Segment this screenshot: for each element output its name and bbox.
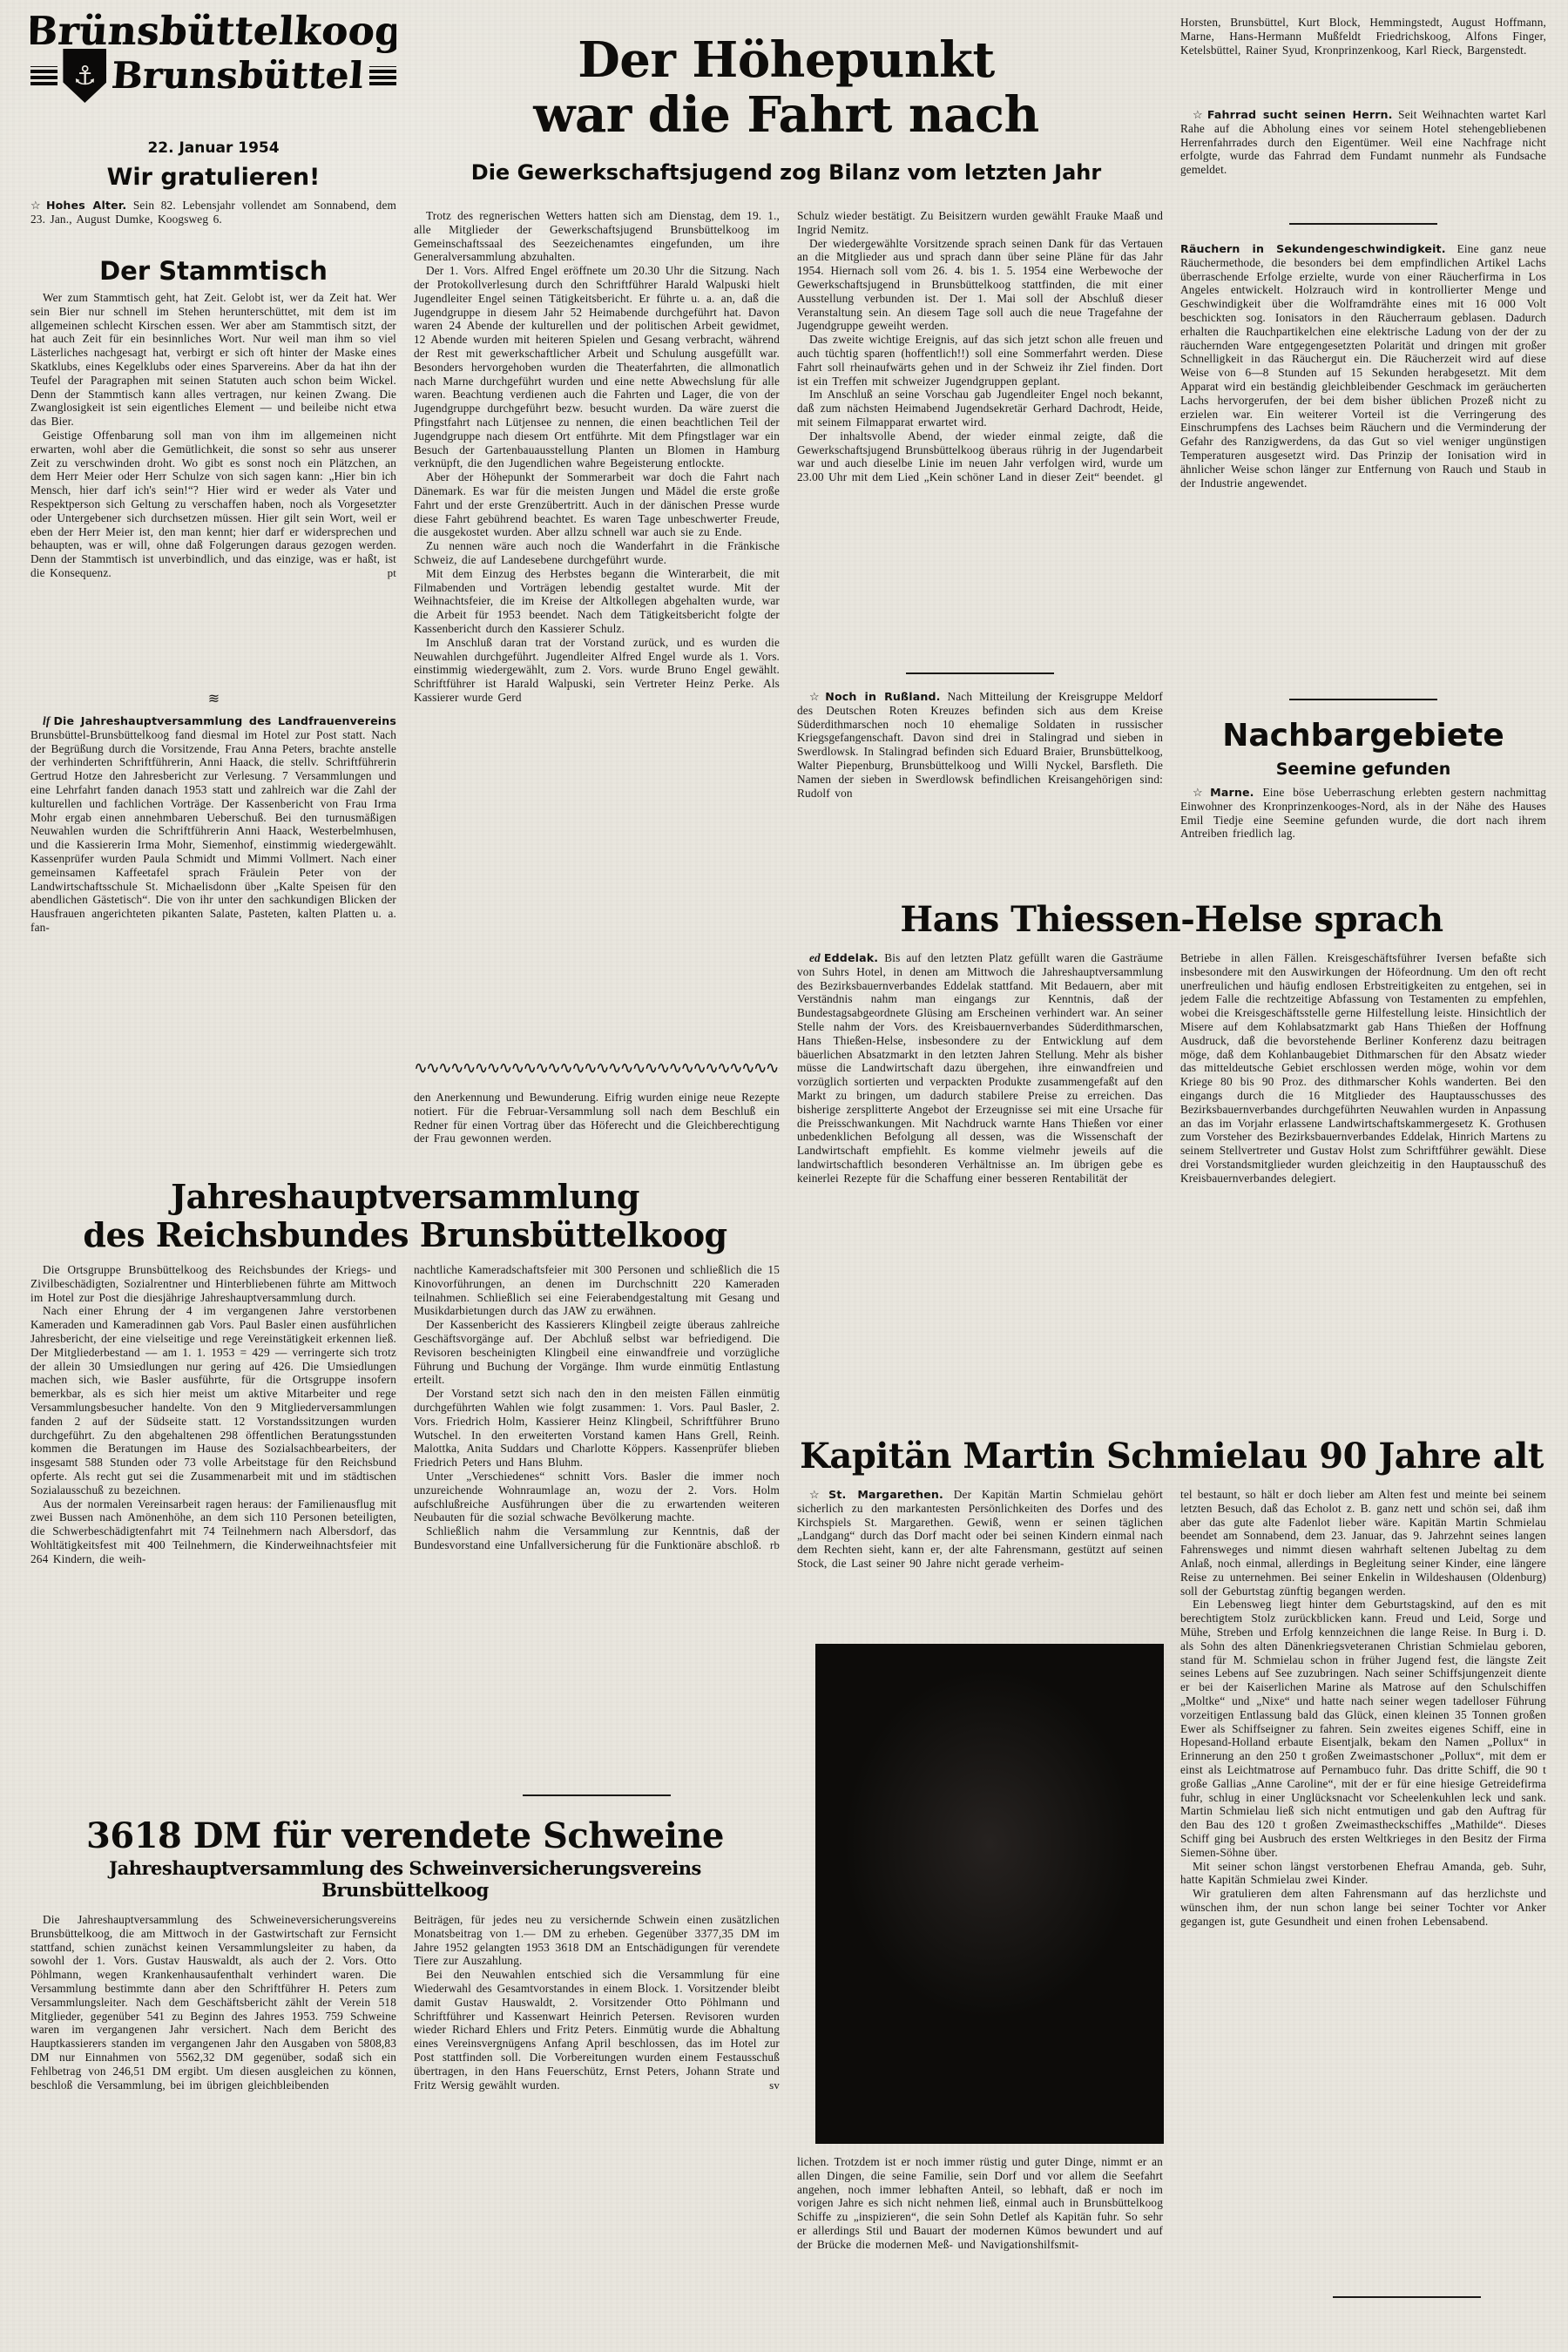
- kapitaen-column-2: tel bestaunt, so hält er doch lieber am …: [1180, 1488, 1546, 2282]
- gratulieren-item: ☆Hohes Alter. Sein 82. Lebensjahr vollen…: [30, 199, 396, 256]
- schweine-subhead-line2: Brunsbüttelkoog: [30, 1879, 780, 1901]
- issue-date: 22. Januar 1954: [30, 139, 396, 159]
- anchor-icon: ⚓: [73, 61, 97, 91]
- daenemark-paragraph: Der inhaltsvolle Abend, der wieder einma…: [797, 429, 1163, 484]
- reichsbund-paragraph: Unter „Verschiedenes“ schnitt Vors. Basl…: [414, 1470, 780, 1524]
- thiessen-text-continuation: Betriebe in allen Fällen. Kreisgeschäfts…: [1180, 951, 1546, 1186]
- thiessen-lead: Eddelak.: [824, 951, 878, 964]
- star-icon: ☆: [809, 690, 821, 703]
- fahrrad-lead: Fahrrad sucht seinen Herrn.: [1207, 108, 1393, 121]
- landfrauen-lead: Die Jahreshauptversammlung des Landfraue…: [53, 714, 396, 727]
- schweine-paragraph: Beiträgen, für jedes neu zu versichernde…: [414, 1913, 780, 1968]
- reichsbund-paragraph: Nach einer Ehrung der 4 im vergangenen J…: [30, 1304, 396, 1497]
- seemine-subhead: Seemine gefunden: [1180, 760, 1546, 781]
- divider-rule: [523, 1794, 671, 1796]
- divider-rule: [1333, 2296, 1481, 2298]
- landfrauen-continuation: den Anerkennung und Bewunderung. Eifrig …: [414, 1091, 780, 1178]
- anchor-shield-emblem-icon: ⚓: [63, 49, 106, 103]
- kapitaen-paragraph: Wir gratulieren dem alten Fahrensmann au…: [1180, 1887, 1546, 1928]
- kapitaen-column-1-below-photo: lichen. Trotzdem ist er noch immer rüsti…: [797, 2155, 1163, 2342]
- schweine-paragraph: Die Jahreshauptversammlung des Schweinev…: [30, 1913, 396, 2092]
- kapitaen-lead: St. Margarethen.: [828, 1488, 943, 1501]
- kapitaen-paragraph: Mit seiner schon längst verstorbenen Ehe…: [1180, 1860, 1546, 1888]
- daenemark-paragraph: Im Anschluß an seine Vorschau gab Jugend…: [797, 388, 1163, 429]
- kapitaen-headline: Kapitän Martin Schmielau 90 Jahre alt: [797, 1436, 1546, 1479]
- reichsbund-paragraph: Schließlich nahm die Versammlung zur Ken…: [414, 1524, 780, 1552]
- reichsbund-headline-line1: Jahreshauptversammlung: [30, 1178, 780, 1216]
- masthead: Brünsbüttelkoog ⚓ Brunsbüttel: [30, 10, 396, 134]
- daenemark-headline-line2: war die Fahrt nach Dänemark: [409, 88, 1163, 148]
- portrait-photo: [816, 1645, 1163, 2143]
- schweine-paragraph: Bei den Neuwahlen entschied sich die Ver…: [414, 1968, 780, 2092]
- russland-names-continuation: Horsten, Brunsbüttel, Kurt Block, Hemmin…: [1180, 16, 1546, 103]
- gratulieren-heading: Wir gratulieren!: [30, 164, 396, 193]
- reichsbund-paragraph: Der Kassenbericht des Kassierers Klingbe…: [414, 1318, 780, 1387]
- daenemark-column-2: Schulz wieder bestätigt. Zu Beisitzern w…: [797, 209, 1163, 662]
- schweine-subhead: Jahreshauptversammlung des Schweinversic…: [30, 1857, 780, 1904]
- reichsbund-paragraph: Die Ortsgruppe Brunsbüttelkoog des Reich…: [30, 1263, 396, 1304]
- gratulieren-lead: Hohes Alter.: [46, 199, 126, 212]
- raeuchern-item: Räuchern in Sekundengeschwindigkeit. Ein…: [1180, 242, 1546, 692]
- kapitaen-paragraph: Ein Lebensweg liegt hinter dem Geburtsta…: [1180, 1598, 1546, 1859]
- daenemark-paragraph: Schulz wieder bestätigt. Zu Beisitzern w…: [797, 209, 1163, 237]
- stammtisch-body: Wer zum Stammtisch geht, hat Zeit. Gelob…: [30, 291, 396, 690]
- kapitaen-paragraph: lichen. Trotzdem ist er noch immer rüsti…: [797, 2155, 1163, 2252]
- russland-lead: Noch in Rußland.: [825, 690, 940, 703]
- kapitaen-paragraph: tel bestaunt, so hält er doch lieber am …: [1180, 1488, 1546, 1598]
- russland-item: ☆Noch in Rußland. Nach Mitteilung der Kr…: [797, 690, 1163, 897]
- daenemark-paragraph: Trotz des regnerischen Wetters hatten si…: [414, 209, 780, 264]
- daenemark-paragraph: Mit dem Einzug des Herbstes begann die W…: [414, 567, 780, 636]
- seemine-item: ☆Marne. Eine böse Ueberraschung erlebten…: [1180, 786, 1546, 896]
- thiessen-headline: Hans Thiessen-Helse sprach: [797, 899, 1546, 941]
- daenemark-paragraph: Im Anschluß daran trat der Vorstand zurü…: [414, 636, 780, 705]
- daenemark-paragraph: Zu nennen wäre auch noch die Wanderfahrt…: [414, 539, 780, 567]
- reichsbund-headline: Jahreshauptversammlung des Reichsbundes …: [30, 1178, 780, 1258]
- daenemark-headline: Der Höhepunkt war die Fahrt nach Dänemar…: [409, 33, 1163, 148]
- stammtisch-paragraph: Geistige Offenbarung soll man von ihm im…: [30, 429, 396, 580]
- daenemark-subhead: Die Gewerkschaftsjugend zog Bilanz vom l…: [409, 160, 1163, 186]
- thiessen-text: Bis auf den letzten Platz gefüllt waren …: [797, 951, 1163, 1185]
- schweine-headline: 3618 DM für verendete Schweine: [30, 1815, 780, 1855]
- reichsbund-headline-line2: des Reichsbundes Brunsbüttelkoog: [30, 1216, 780, 1254]
- masthead-flourish-right-icon: [369, 66, 396, 85]
- divider-rule: [906, 672, 1054, 674]
- thiessen-column-1: edEddelak. Bis auf den letzten Platz gef…: [797, 951, 1163, 1432]
- reichsbund-paragraph: Aus der normalen Vereinsarbeit ragen her…: [30, 1497, 396, 1566]
- stammtisch-heading: Der Stammtisch: [30, 256, 396, 287]
- kapitaen-column-1-intro: ☆St. Margarethen. Der Kapitän Martin Sch…: [797, 1488, 1163, 1638]
- daenemark-paragraph: Das zweite wichtige Ereignis, auf das si…: [797, 333, 1163, 388]
- raeuchern-text: Eine ganz neue Räuchermethode, die beson…: [1180, 242, 1546, 490]
- wave-divider-icon: ≋: [30, 692, 396, 709]
- daenemark-paragraph: Der 1. Vors. Alfred Engel eröffnete um 2…: [414, 264, 780, 470]
- rope-divider-icon: ∿∿∿∿∿∿∿∿∿∿∿∿∿∿∿∿∿∿∿∿∿∿∿∿∿∿∿∿∿∿∿∿∿∿∿∿∿∿∿∿…: [414, 1059, 780, 1080]
- fahrrad-item: ☆Fahrrad sucht seinen Herrn. Seit Weihna…: [1180, 108, 1546, 214]
- star-icon: ☆: [809, 1488, 825, 1501]
- schweine-column-1: Die Jahreshauptversammlung des Schweinev…: [30, 1913, 396, 2342]
- seemine-lead: Marne.: [1210, 786, 1254, 799]
- stammtisch-paragraph: Wer zum Stammtisch geht, hat Zeit. Gelob…: [30, 291, 396, 429]
- masthead-title-line2: Brunsbüttel: [111, 54, 366, 98]
- thiessen-column-2: Betriebe in allen Fällen. Kreisgeschäfts…: [1180, 951, 1546, 1432]
- reichsbund-paragraph: Der Vorstand setzt sich nach den in den …: [414, 1387, 780, 1470]
- star-icon: ☆: [30, 199, 43, 212]
- daenemark-column-1: Trotz des regnerischen Wetters hatten si…: [414, 209, 780, 1056]
- divider-rule: [1289, 223, 1437, 225]
- masthead-title-line1: Brünsbüttelkoog: [30, 10, 396, 52]
- landfrauen-text: Brunsbüttel-Brunsbüttelkoog fand diesmal…: [30, 728, 396, 934]
- schweine-subhead-line1: Jahreshauptversammlung des Schweinversic…: [30, 1857, 780, 1879]
- star-icon: ☆: [1193, 786, 1206, 799]
- raeuchern-lead: Räuchern in Sekundengeschwindigkeit.: [1180, 242, 1446, 255]
- reichsbund-column-1: Die Ortsgruppe Brunsbüttelkoog des Reich…: [30, 1263, 396, 1805]
- reichsbund-paragraph: nachtliche Kameradschaftsfeier mit 300 P…: [414, 1263, 780, 1318]
- reichsbund-column-2: nachtliche Kameradschaftsfeier mit 300 P…: [414, 1263, 780, 1786]
- masthead-flourish-left-icon: [30, 66, 57, 85]
- landfrauen-continuation-text: den Anerkennung und Bewunderung. Eifrig …: [414, 1091, 780, 1146]
- daenemark-paragraph: Aber der Höhepunkt der Sommerarbeit war …: [414, 470, 780, 539]
- nachbargebiete-heading: Nachbargebiete: [1180, 718, 1546, 756]
- daenemark-headline-line1: Der Höhepunkt: [409, 33, 1163, 88]
- russland-names-text: Horsten, Brunsbüttel, Kurt Block, Hemmin…: [1180, 16, 1546, 57]
- landfrauen-marker: lf: [43, 714, 50, 727]
- landfrauen-item: lfDie Jahreshauptversammlung des Landfra…: [30, 714, 396, 1166]
- daenemark-paragraph: Der wiedergewählte Vorsitzende sprach se…: [797, 237, 1163, 334]
- divider-rule: [1289, 699, 1437, 700]
- thiessen-marker: ed: [809, 951, 821, 964]
- russland-text: Nach Mitteilung der Kreisgruppe Meldorf …: [797, 690, 1163, 800]
- schweine-column-2: Beiträgen, für jedes neu zu versichernde…: [414, 1913, 780, 2342]
- star-icon: ☆: [1193, 108, 1204, 121]
